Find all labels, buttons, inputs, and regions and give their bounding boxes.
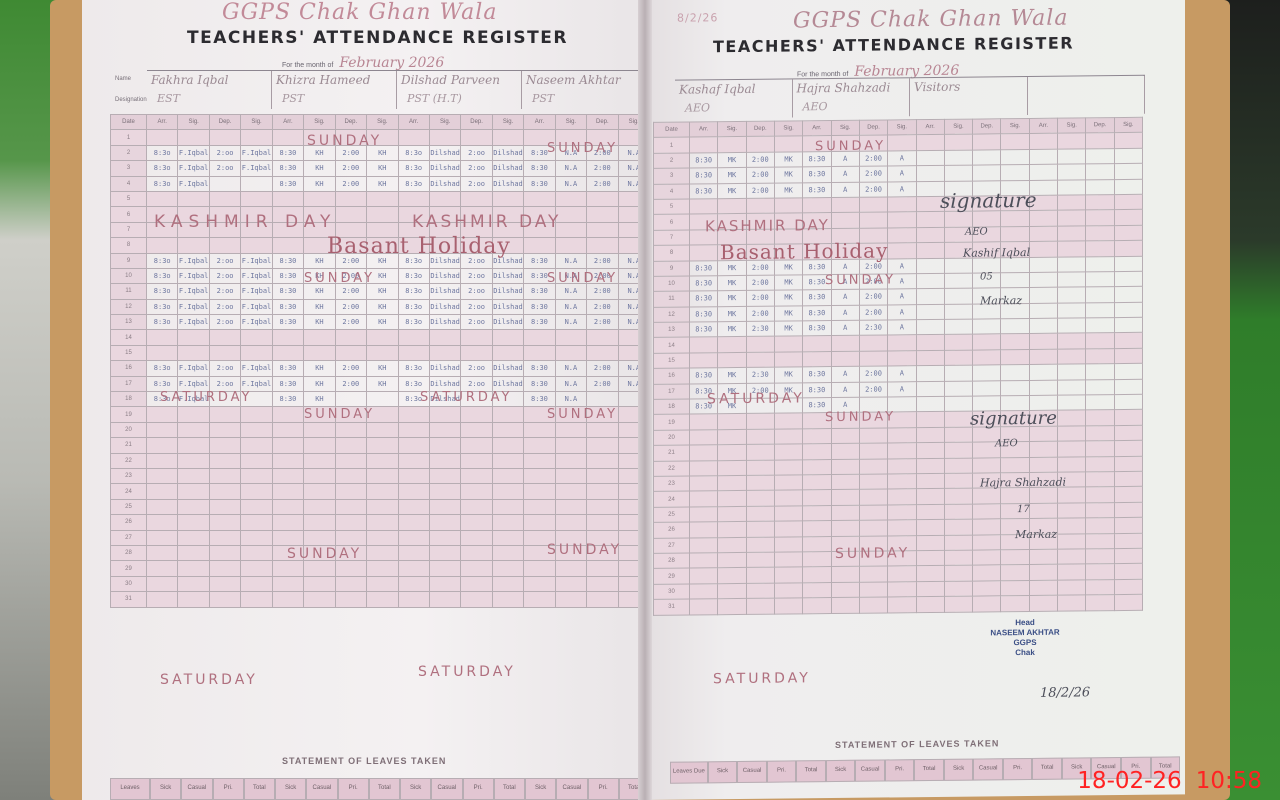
attendance-cell xyxy=(272,330,303,345)
attendance-cell xyxy=(973,504,1001,520)
attendance-cell xyxy=(831,505,859,521)
attendance-cell: Dilshad xyxy=(429,361,460,376)
attendance-cell xyxy=(209,453,240,468)
attendance-cell xyxy=(492,515,523,530)
attendance-cell xyxy=(1086,395,1114,411)
column-header: Sig. xyxy=(492,115,523,130)
attendance-cell xyxy=(916,581,944,597)
attendance-cell: N.A xyxy=(555,392,586,407)
attendance-cell xyxy=(178,330,209,345)
attendance-cell xyxy=(944,258,972,274)
leave-column-header: Casual xyxy=(556,778,587,800)
attendance-cell xyxy=(147,592,178,607)
attendance-cell xyxy=(1114,594,1142,610)
attendance-cell xyxy=(973,134,1001,150)
attendance-cell xyxy=(304,453,335,468)
attendance-cell xyxy=(147,453,178,468)
attendance-cell xyxy=(147,191,178,206)
attendance-cell xyxy=(888,458,916,474)
attendance-cell xyxy=(209,191,240,206)
date-cell: 29 xyxy=(654,568,690,584)
attendance-cell xyxy=(774,475,802,491)
attendance-cell: 8:3o xyxy=(147,145,178,160)
attendance-cell xyxy=(398,499,429,514)
attendance-cell xyxy=(1058,487,1086,503)
attendance-cell xyxy=(1114,194,1142,210)
attendance-cell: 2:00 xyxy=(335,299,366,314)
attendance-cell xyxy=(859,505,887,521)
attendance-cell: Dilshad xyxy=(429,176,460,191)
attendance-cell: MK xyxy=(718,168,746,184)
attendance-cell xyxy=(916,504,944,520)
attendance-cell xyxy=(888,443,916,459)
attendance-cell xyxy=(555,576,586,591)
attendance-cell xyxy=(916,135,944,151)
attendance-cell: MK xyxy=(774,321,802,337)
attendance-cell: 2:00 xyxy=(335,161,366,176)
attendance-cell xyxy=(587,561,618,576)
attendance-cell xyxy=(241,422,272,437)
attendance-cell xyxy=(859,351,887,367)
attendance-cell xyxy=(272,453,303,468)
date-cell: 19 xyxy=(111,407,147,422)
attendance-cell: F.Iqbal xyxy=(178,161,209,176)
attendance-cell xyxy=(1058,549,1086,565)
attendance-cell xyxy=(1086,179,1114,195)
annotation-sunday: SUNDAY xyxy=(547,407,618,422)
attendance-cell xyxy=(1086,456,1114,472)
teacher-designation: AEO xyxy=(685,101,710,114)
attendance-cell xyxy=(916,289,944,305)
attendance-cell: N.A xyxy=(555,284,586,299)
attendance-cell xyxy=(888,566,916,582)
attendance-cell xyxy=(1001,149,1029,165)
teacher-column: Naseem AkhtarPST xyxy=(522,71,647,109)
attendance-cell xyxy=(524,453,555,468)
attendance-cell xyxy=(944,458,972,474)
attendance-cell: 2:00 xyxy=(587,161,618,176)
date-cell: 20 xyxy=(111,422,147,437)
column-header: Sig. xyxy=(774,121,802,137)
attendance-cell xyxy=(461,468,492,483)
attendance-cell xyxy=(803,444,831,460)
attendance-cell: 2:oo xyxy=(461,161,492,176)
date-cell: 21 xyxy=(111,438,147,453)
attendance-cell: 2:00 xyxy=(746,275,774,291)
date-cell: 17 xyxy=(111,376,147,391)
attendance-cell xyxy=(304,422,335,437)
attendance-cell xyxy=(147,330,178,345)
date-cell: 14 xyxy=(654,338,690,354)
column-header: Sig. xyxy=(555,115,586,130)
attendance-cell xyxy=(178,561,209,576)
attendance-cell xyxy=(944,442,972,458)
attendance-cell: 2:oo xyxy=(461,299,492,314)
attendance-cell xyxy=(1058,426,1086,442)
attendance-cell xyxy=(1058,518,1086,534)
attendance-cell xyxy=(1058,195,1086,211)
attendance-cell xyxy=(272,499,303,514)
attendance-cell: 8:3o xyxy=(398,161,429,176)
attendance-cell xyxy=(774,136,802,152)
attendance-cell xyxy=(944,165,972,181)
attendance-cell: KH xyxy=(304,361,335,376)
attendance-cell xyxy=(746,429,774,445)
attendance-cell xyxy=(1086,256,1114,272)
attendance-cell: MK xyxy=(774,152,802,168)
attendance-cell: F.Iqbal xyxy=(241,253,272,268)
attendance-cell xyxy=(690,583,718,599)
attendance-cell xyxy=(1058,333,1086,349)
attendance-cell: 8:3o xyxy=(398,145,429,160)
teacher-name: Dilshad Parveen xyxy=(401,73,500,87)
attendance-cell xyxy=(147,530,178,545)
attendance-cell: A xyxy=(831,320,859,336)
attendance-cell xyxy=(398,545,429,560)
attendance-cell xyxy=(916,227,944,243)
attendance-cell: 8:3o xyxy=(147,253,178,268)
attendance-cell xyxy=(209,407,240,422)
attendance-cell: 8:30 xyxy=(690,306,718,322)
attendance-cell xyxy=(524,576,555,591)
attendance-cell xyxy=(1001,349,1029,365)
column-header: Dep. xyxy=(587,115,618,130)
attendance-cell: 8:30 xyxy=(524,176,555,191)
attendance-cell xyxy=(1029,164,1057,180)
attendance-cell: Dilshad xyxy=(429,315,460,330)
attendance-cell: 2:00 xyxy=(335,315,366,330)
column-header: Sig. xyxy=(1001,118,1029,134)
leave-column-header: Leaves xyxy=(110,778,150,800)
table-row: 15 xyxy=(111,345,648,360)
attendance-cell xyxy=(944,427,972,443)
attendance-cell xyxy=(524,438,555,453)
annotation-sunday: SUNDAY xyxy=(815,138,886,154)
attendance-cell xyxy=(335,453,366,468)
table-row: 38:3oF.Iqbal2:ooF.Iqbal8:30KH2:00KH8:3oD… xyxy=(111,161,648,176)
date-cell: 12 xyxy=(654,307,690,323)
attendance-cell xyxy=(718,337,746,353)
attendance-cell xyxy=(398,484,429,499)
attendance-cell: 8:30 xyxy=(524,315,555,330)
attendance-cell: 8:3o xyxy=(398,176,429,191)
attendance-cell xyxy=(916,443,944,459)
attendance-cell xyxy=(492,530,523,545)
column-header: Sig. xyxy=(718,121,746,137)
annotation-saturday: SATURDAY xyxy=(160,390,252,405)
date-cell: 7 xyxy=(654,230,690,246)
attendance-cell: N.A xyxy=(555,176,586,191)
attendance-cell: 8:30 xyxy=(272,284,303,299)
attendance-cell xyxy=(690,476,718,492)
leave-column-header: Pri. xyxy=(588,778,619,800)
attendance-cell xyxy=(944,488,972,504)
date-cell: 1 xyxy=(654,137,690,153)
attendance-cell xyxy=(587,576,618,591)
attendance-cell xyxy=(718,552,746,568)
attendance-cell xyxy=(555,191,586,206)
attendance-cell xyxy=(944,581,972,597)
attendance-cell xyxy=(1001,488,1029,504)
attendance-cell xyxy=(1058,226,1086,242)
leave-column-header: Sick xyxy=(400,778,431,800)
attendance-cell: MK xyxy=(774,367,802,383)
date-cell: 8 xyxy=(111,238,147,253)
attendance-cell: Dilshad xyxy=(429,161,460,176)
attendance-cell xyxy=(429,438,460,453)
attendance-cell xyxy=(461,515,492,530)
column-header: Dep. xyxy=(209,115,240,130)
attendance-cell: 2:oo xyxy=(209,361,240,376)
date-cell: 18 xyxy=(654,399,690,415)
attendance-cell: F.Iqbal xyxy=(178,315,209,330)
date-cell: 16 xyxy=(111,361,147,376)
column-header: Sig. xyxy=(178,115,209,130)
attendance-cell: 8:3o xyxy=(398,268,429,283)
date-column-header: Date xyxy=(654,122,690,138)
teacher-names-row: Kashaf IqbalAEO Hajra ShahzadiAEO Visito… xyxy=(675,75,1145,119)
column-header: Dep. xyxy=(335,115,366,130)
attendance-cell xyxy=(587,345,618,360)
timestamp-date: 18-02-26 xyxy=(1077,768,1181,794)
attendance-cell: N.A xyxy=(555,361,586,376)
table-row: 24 xyxy=(111,484,648,499)
attendance-cell xyxy=(335,530,366,545)
attendance-cell xyxy=(524,191,555,206)
attendance-cell xyxy=(690,537,718,553)
attendance-cell xyxy=(304,468,335,483)
attendance-cell: 8:3o xyxy=(147,268,178,283)
attendance-cell: A xyxy=(888,150,916,166)
attendance-cell: KH xyxy=(304,299,335,314)
attendance-cell xyxy=(803,551,831,567)
attendance-cell xyxy=(831,459,859,475)
attendance-cell xyxy=(209,499,240,514)
attendance-cell xyxy=(1114,271,1142,287)
date-cell: 5 xyxy=(654,199,690,215)
attendance-cell xyxy=(555,330,586,345)
attendance-cell: A xyxy=(831,305,859,321)
attendance-cell: 8:30 xyxy=(803,167,831,183)
column-header: Sig. xyxy=(241,115,272,130)
attendance-cell xyxy=(555,238,586,253)
attendance-cell xyxy=(1029,149,1057,165)
column-header: Sig. xyxy=(831,120,859,136)
attendance-cell xyxy=(888,581,916,597)
attendance-cell xyxy=(492,345,523,360)
attendance-cell xyxy=(492,438,523,453)
attendance-cell xyxy=(859,335,887,351)
date-cell: 30 xyxy=(111,576,147,591)
attendance-cell xyxy=(1086,333,1114,349)
attendance-cell: 2:oo xyxy=(209,268,240,283)
corner-note: 8/2/26 xyxy=(677,11,718,24)
attendance-cell xyxy=(859,459,887,475)
date-cell: 9 xyxy=(111,253,147,268)
date-cell: 2 xyxy=(111,145,147,160)
attendance-cell: 2:00 xyxy=(587,315,618,330)
attendance-cell xyxy=(916,535,944,551)
attendance-cell xyxy=(241,345,272,360)
leave-column-header: Casual xyxy=(855,759,885,781)
teacher-column: Dilshad ParveenPST (H.T) xyxy=(397,71,522,109)
attendance-cell xyxy=(209,545,240,560)
attendance-cell: MK xyxy=(718,183,746,199)
attendance-cell xyxy=(555,345,586,360)
attendance-cell xyxy=(398,422,429,437)
attendance-cell xyxy=(429,499,460,514)
attendance-cell xyxy=(859,489,887,505)
attendance-cell xyxy=(1001,319,1029,335)
attendance-cell xyxy=(973,350,1001,366)
attendance-cell xyxy=(774,413,802,429)
attendance-cell xyxy=(831,443,859,459)
page-title: TEACHERS' ATTENDANCE REGISTER xyxy=(713,34,1074,57)
attendance-cell: KH xyxy=(304,161,335,176)
attendance-cell xyxy=(272,484,303,499)
attendance-cell xyxy=(367,592,398,607)
attendance-cell xyxy=(147,438,178,453)
attendance-cell xyxy=(746,414,774,430)
attendance-cell: F.Iqbal xyxy=(178,268,209,283)
attendance-cell: 8:30 xyxy=(690,322,718,338)
leave-column-header: Sick xyxy=(150,778,181,800)
attendance-cell xyxy=(1029,488,1057,504)
attendance-cell xyxy=(398,530,429,545)
date-cell: 21 xyxy=(654,445,690,461)
attendance-cell xyxy=(831,520,859,536)
attendance-cell: 2:00 xyxy=(335,361,366,376)
attendance-cell: A xyxy=(831,382,859,398)
attendance-cell: 8:3o xyxy=(398,299,429,314)
attendance-cell xyxy=(429,592,460,607)
annotation-sunday: SUNDAY xyxy=(307,133,382,149)
attendance-cell xyxy=(746,198,774,214)
attendance-cell xyxy=(888,243,916,259)
attendance-cell: 8:30 xyxy=(524,284,555,299)
attendance-cell xyxy=(944,396,972,412)
attendance-cell xyxy=(690,522,718,538)
teacher-name: Hajra Shahzadi xyxy=(797,80,891,95)
attendance-cell xyxy=(398,438,429,453)
attendance-cell xyxy=(888,197,916,213)
attendance-cell xyxy=(718,198,746,214)
attendance-cell xyxy=(147,484,178,499)
attendance-cell: 8:3o xyxy=(398,284,429,299)
attendance-cell xyxy=(831,351,859,367)
attendance-cell xyxy=(1058,564,1086,580)
attendance-cell xyxy=(1029,241,1057,257)
attendance-cell: 2:00 xyxy=(335,176,366,191)
attendance-cell xyxy=(209,484,240,499)
annotation-saturday: SATURDAY xyxy=(713,670,811,687)
attendance-cell xyxy=(859,428,887,444)
attendance-cell xyxy=(1086,148,1114,164)
attendance-cell: F.Iqbal xyxy=(241,268,272,283)
attendance-cell: 2:00 xyxy=(859,289,887,305)
attendance-cell xyxy=(944,211,972,227)
visitor-note-line: Hajra Shahzadi xyxy=(980,476,1066,490)
date-cell: 13 xyxy=(654,322,690,338)
annotation-sunday: SUNDAY xyxy=(825,272,896,288)
attendance-cell xyxy=(1086,302,1114,318)
leave-column-header: Casual xyxy=(737,761,767,783)
attendance-cell xyxy=(1058,133,1086,149)
attendance-cell xyxy=(209,592,240,607)
attendance-cell xyxy=(1114,287,1142,303)
attendance-cell xyxy=(774,536,802,552)
attendance-cell: A xyxy=(888,320,916,336)
attendance-cell xyxy=(335,345,366,360)
attendance-cell xyxy=(241,438,272,453)
attendance-cell xyxy=(690,460,718,476)
attendance-cell xyxy=(304,576,335,591)
date-cell: 19 xyxy=(654,414,690,430)
attendance-cell: 8:30 xyxy=(272,161,303,176)
teacher-designation: PST xyxy=(282,92,304,105)
attendance-cell xyxy=(367,392,398,407)
attendance-cell xyxy=(1001,580,1029,596)
attendance-cell: 2:oo xyxy=(209,253,240,268)
attendance-cell: Dilshad xyxy=(429,299,460,314)
attendance-cell xyxy=(524,422,555,437)
attendance-cell: 8:30 xyxy=(690,291,718,307)
visitor-note-line: Markaz xyxy=(1015,528,1057,541)
attendance-cell: 2:00 xyxy=(587,299,618,314)
attendance-cell xyxy=(587,499,618,514)
table-row: 128:3oF.Iqbal2:ooF.Iqbal8:30KH2:00KH8:3o… xyxy=(111,299,648,314)
attendance-cell xyxy=(1058,303,1086,319)
attendance-cell xyxy=(1114,133,1142,149)
attendance-cell xyxy=(1058,395,1086,411)
attendance-cell: 2:00 xyxy=(587,253,618,268)
column-header: Sig. xyxy=(1114,117,1142,133)
attendance-cell xyxy=(718,506,746,522)
attendance-cell xyxy=(690,137,718,153)
attendance-cell xyxy=(209,468,240,483)
attendance-cell xyxy=(973,519,1001,535)
attendance-cell xyxy=(178,515,209,530)
attendance-cell: 2:00 xyxy=(746,167,774,183)
attendance-cell xyxy=(1058,364,1086,380)
attendance-cell xyxy=(718,445,746,461)
name-label: Name xyxy=(115,76,131,82)
attendance-cell xyxy=(1058,210,1086,226)
attendance-cell xyxy=(241,530,272,545)
attendance-cell xyxy=(1001,272,1029,288)
attendance-cell: 2:oo xyxy=(461,145,492,160)
teacher-name: Naseem Akhtar xyxy=(526,73,621,87)
attendance-cell xyxy=(492,453,523,468)
attendance-cell: 8:30 xyxy=(690,260,718,276)
attendance-cell xyxy=(335,561,366,576)
attendance-cell xyxy=(1058,318,1086,334)
attendance-cell xyxy=(429,422,460,437)
teacher-name: Fakhra Iqbal xyxy=(151,73,228,87)
attendance-cell xyxy=(774,506,802,522)
attendance-cell xyxy=(1114,148,1142,164)
attendance-cell xyxy=(888,520,916,536)
attendance-cell: A xyxy=(888,289,916,305)
attendance-cell xyxy=(746,491,774,507)
attendance-cell xyxy=(367,499,398,514)
attendance-cell xyxy=(1114,240,1142,256)
column-header: Sig. xyxy=(944,119,972,135)
attendance-cell xyxy=(147,468,178,483)
attendance-cell: KH xyxy=(367,176,398,191)
attendance-cell xyxy=(429,530,460,545)
attendance-cell xyxy=(209,422,240,437)
